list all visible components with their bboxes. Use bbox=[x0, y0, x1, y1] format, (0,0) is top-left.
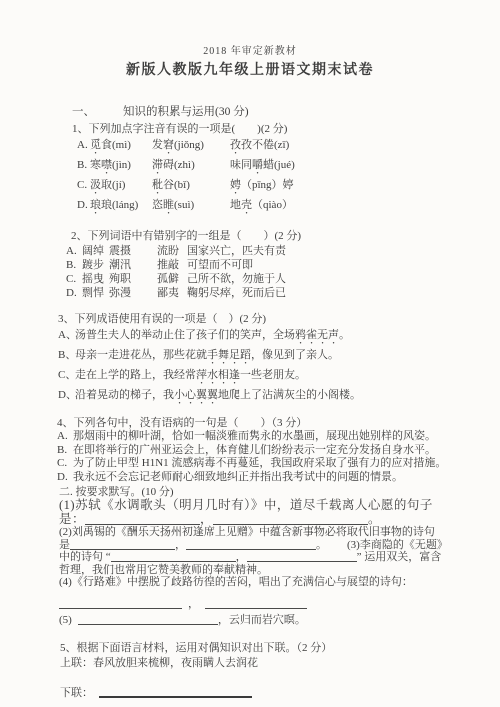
dictation-2-line2: 是，。(3)李商隐的《无题》 bbox=[59, 539, 482, 552]
option-letter: C. bbox=[66, 272, 82, 286]
dictation-4-blanks: ， bbox=[59, 596, 482, 613]
option-cell: 汲取(jí) bbox=[90, 177, 152, 197]
option-text: 我永远不会忘记老师耐心细致地纠正并指出我考试中的问题的情景。 bbox=[73, 471, 403, 483]
dotted-char: 滞 bbox=[152, 159, 163, 171]
question-4-heading: 4、下列各句中，没有语病的一句是（ ）（3 分） bbox=[57, 416, 482, 430]
option-text: 在即将举行的广州亚运会上，体育健儿们纷纷表示一定充分发扬自身水平。 bbox=[73, 444, 436, 456]
word-cell: 摇曳 bbox=[82, 272, 109, 286]
dictation-1-line1: (1)苏轼《水调歌头（明月几时有）》中，道尽千载离人心愿的句子 bbox=[59, 499, 482, 513]
option-cell: 滞碍(zhì) bbox=[152, 157, 230, 177]
dotted-char: 孜 bbox=[230, 139, 241, 151]
option-row-b: B.在即将举行的广州亚运会上，体育健儿们纷纷表示一定充分发扬自身水平。 bbox=[57, 444, 482, 458]
question-3-heading: 3、下列成语使用有误的一项是（ ）(2 分) bbox=[58, 312, 482, 327]
paper-header: 2018 年审定新教材 新版人教版九年级上册语文期末试卷 bbox=[0, 0, 500, 81]
section-one-heading: 一、知识的积累与运用(30 分) bbox=[72, 104, 482, 121]
question-4: 4、下列各句中，没有语病的一句是（ ）（3 分） A.那烟雨中的柳叶湖，恰如一幅… bbox=[57, 416, 482, 484]
answer-blank bbox=[247, 552, 357, 562]
xialian-label: 下联： bbox=[60, 687, 93, 699]
option-cell: 孜孜不倦(zī) bbox=[230, 139, 289, 151]
dotted-char: 窘 bbox=[163, 139, 174, 151]
option-text: 为了防止甲型 H1N1 流感病毒不再蔓延，我国政府采取了强有力的应对措施。 bbox=[73, 457, 446, 469]
option-row-b: B.踱步潮汛推敲可望而不可即 bbox=[66, 258, 482, 272]
word-cell: 推敲 bbox=[157, 258, 187, 272]
dotted-char: 嚼 bbox=[252, 159, 263, 171]
paper-body: 一、知识的积累与运用(30 分) 1、下列加点字注音有误的一项是( )(2 分)… bbox=[72, 104, 482, 701]
question-2-heading: 2、下列词语中有错别字的一组是（ ）(2 分) bbox=[66, 229, 482, 244]
dotted-idiom: 鸦雀无声 bbox=[295, 329, 339, 341]
answer-blank bbox=[111, 552, 236, 562]
option-letter: A、 bbox=[58, 327, 75, 344]
phrase-cell: 鞠躬尽瘁，死而后已 bbox=[187, 287, 286, 299]
word-cell: 鄙夷 bbox=[157, 286, 187, 300]
option-letter: D. bbox=[57, 471, 73, 485]
option-cell: 秕谷(bǐ) bbox=[152, 177, 230, 197]
option-letter: A. bbox=[57, 430, 73, 444]
option-letter: A. bbox=[66, 244, 82, 258]
option-row-d: D.剽悍弥漫鄙夷鞠躬尽瘁，死而后已 bbox=[66, 286, 482, 300]
question-1-heading: 1、下列加点字注音有误的一项是( )(2 分) bbox=[72, 121, 482, 137]
section-one-number: 一、 bbox=[72, 106, 95, 118]
dictation-4-line1: (4)《行路难》中摆脱了歧路彷徨的苦闷，唱出了充满信心与展望的诗句： bbox=[59, 576, 482, 589]
paper-title: 新版人教版九年级上册语文期末试卷 bbox=[0, 60, 500, 81]
phrase-cell: 己所不欲，勿施于人 bbox=[187, 273, 286, 285]
question-3: 3、下列成语使用有误的一项是（ ）(2 分) A、汤普生夫人的举动止住了孩子们的… bbox=[58, 312, 482, 407]
option-cell: 发窘(jiǒng) bbox=[152, 137, 230, 157]
dictation-3-lead: (3)李商隐的《无题》 bbox=[347, 539, 448, 551]
section-two-dictation: 二. 按要求默写。(10 分) (1)苏轼《水调歌头（明月几时有）》中，道尽千载… bbox=[59, 485, 482, 628]
word-cell: 潮汛 bbox=[109, 258, 157, 272]
dictation-2-line1: (2)刘禹锡的《酬乐天扬州初逢席上见赠》中蕴含新事物必将取代旧事物的诗句 bbox=[59, 526, 482, 539]
word-cell: 阔绰 bbox=[82, 244, 109, 258]
option-letter: B. bbox=[77, 157, 90, 175]
option-cell: 地壳（qiào） bbox=[230, 199, 293, 211]
exam-paper-page: 2018 年审定新教材 新版人教版九年级上册语文期末试卷 一、知识的积累与运用(… bbox=[0, 0, 500, 707]
answer-blank bbox=[99, 687, 252, 698]
option-cell: 琅琅(láng) bbox=[90, 197, 152, 217]
dotted-char: 琅 bbox=[90, 199, 101, 211]
phrase-cell: 可望而不可即 bbox=[187, 259, 253, 271]
section-one-title: 知识的积累与运用(30 分) bbox=[123, 106, 249, 118]
answer-blank bbox=[85, 515, 200, 525]
option-row-d: D.我永远不会忘记老师耐心细致地纠正并指出我考试中的问题的情景。 bbox=[57, 471, 482, 485]
answer-blank bbox=[59, 599, 182, 609]
question-1-options: A.觅食(mì)发窘(jiǒng)孜孜不倦(zī) B.寒噤(jìn)滞碍(zh… bbox=[77, 137, 482, 217]
option-row-c: C.摇曳殉职孤僻己所不欲，勿施于人 bbox=[66, 272, 482, 286]
option-row-c: C.为了防止甲型 H1N1 流感病毒不再蔓延，我国政府采取了强有力的应对措施。 bbox=[57, 457, 482, 471]
option-row-a: A.阔绰震摄流盼国家兴亡，匹夫有责 bbox=[66, 244, 482, 258]
dotted-char: 汲 bbox=[90, 179, 101, 191]
option-cell: 觅食(mì) bbox=[90, 137, 152, 157]
dotted-char: 娉 bbox=[230, 179, 241, 191]
option-cell: 味同嚼蜡(jué) bbox=[230, 159, 295, 171]
question-5: 5、根据下面语言材料，运用对偶知识对出下联。（2 分） 上联：春风放胆来梳柳，夜… bbox=[60, 641, 482, 701]
word-cell: 震摄 bbox=[109, 244, 157, 258]
option-row-c: C、走在上学的路上，我经常萍水相逢一些老朋友。 bbox=[58, 367, 482, 387]
edition-note: 2018 年审定新教材 bbox=[0, 45, 500, 58]
option-row-d: D、沿着晃动的梯子，我小心翼翼地爬上了沾满灰尘的小阁楼。 bbox=[58, 387, 482, 407]
question-5-heading: 5、根据下面语言材料，运用对偶知识对出下联。（2 分） bbox=[60, 641, 482, 656]
option-row-b: B.寒噤(jìn)滞碍(zhì)味同嚼蜡(jué) bbox=[77, 157, 482, 177]
option-letter: C、 bbox=[58, 367, 75, 384]
option-letter: D. bbox=[77, 197, 90, 215]
dotted-idiom: 手舞足蹈 bbox=[207, 349, 251, 361]
option-row-d: D.琅琅(láng)恣睢(suì)地壳（qiào） bbox=[77, 197, 482, 217]
dotted-char: 睢 bbox=[163, 199, 174, 211]
section-two-heading: 二. 按要求默写。(10 分) bbox=[59, 485, 482, 499]
answer-blank bbox=[186, 540, 316, 550]
dictation-1-line2: 是：，。 bbox=[59, 513, 482, 527]
answer-blank bbox=[213, 515, 368, 525]
option-letter: B. bbox=[66, 258, 82, 272]
option-letter: A. bbox=[77, 137, 90, 155]
option-row-a: A、汤普生夫人的举动止住了孩子们的笑声，全场鸦雀无声。 bbox=[58, 327, 482, 347]
phrase-cell: 国家兴亡，匹夫有责 bbox=[187, 245, 286, 257]
word-cell: 孤僻 bbox=[157, 272, 187, 286]
option-letter: B、 bbox=[58, 347, 75, 364]
word-cell: 剽悍 bbox=[82, 286, 109, 300]
dotted-char: 噤 bbox=[101, 159, 112, 171]
option-letter: D. bbox=[66, 286, 82, 300]
option-row-a: A.觅食(mì)发窘(jiǒng)孜孜不倦(zī) bbox=[77, 137, 482, 157]
dotted-char: 觅 bbox=[90, 139, 101, 151]
option-letter: B. bbox=[57, 444, 73, 458]
option-row-b: B、母亲一走进花丛，那些花就手舞足蹈，像见到了亲人。 bbox=[58, 347, 482, 367]
option-cell: 娉（pīng）婷 bbox=[230, 179, 294, 191]
word-cell: 踱步 bbox=[82, 258, 109, 272]
dictation-3-line2: 中的诗句 “，” 运用双关，富含 bbox=[59, 551, 482, 564]
answer-blank bbox=[78, 615, 218, 625]
dotted-idiom: 萍水相逢 bbox=[196, 369, 240, 381]
option-row-a: A.那烟雨中的柳叶湖，恰如一幅淡雅而隽永的水墨画，展现出她别样的风姿。 bbox=[57, 430, 482, 444]
word-cell: 殉职 bbox=[109, 272, 157, 286]
word-cell: 弥漫 bbox=[109, 286, 157, 300]
option-row-c: C.汲取(jí)秕谷(bǐ)娉（pīng）婷 bbox=[77, 177, 482, 197]
option-letter: C. bbox=[77, 177, 90, 195]
first-line-couplet: 上联：春风放胆来梳柳，夜雨瞒人去润花 bbox=[60, 656, 482, 670]
answer-blank bbox=[70, 540, 175, 550]
dotted-char: 壳 bbox=[241, 199, 252, 211]
answer-blank bbox=[205, 599, 307, 609]
option-cell: 寒噤(jìn) bbox=[90, 157, 152, 177]
option-text: 那烟雨中的柳叶湖，恰如一幅淡雅而隽永的水墨画，展现出她别样的风姿。 bbox=[73, 430, 436, 442]
dictation-5-line: (5)，云归而岩穴暝。 bbox=[59, 613, 482, 628]
option-letter: C. bbox=[57, 457, 73, 471]
question-2: 2、下列词语中有错别字的一组是（ ）(2 分) A.阔绰震摄流盼国家兴亡，匹夫有… bbox=[66, 229, 482, 300]
option-letter: D、 bbox=[58, 387, 75, 404]
dotted-char: 秕 bbox=[152, 179, 163, 191]
dotted-idiom: 小心翼翼 bbox=[174, 389, 218, 401]
second-line-couplet: 下联： bbox=[60, 685, 482, 701]
word-cell: 流盼 bbox=[157, 244, 187, 258]
dictation-3-line3: 哲理，我们也常用它赞美教师的奉献精神。 bbox=[59, 564, 482, 577]
option-cell: 恣睢(suì) bbox=[152, 197, 230, 217]
